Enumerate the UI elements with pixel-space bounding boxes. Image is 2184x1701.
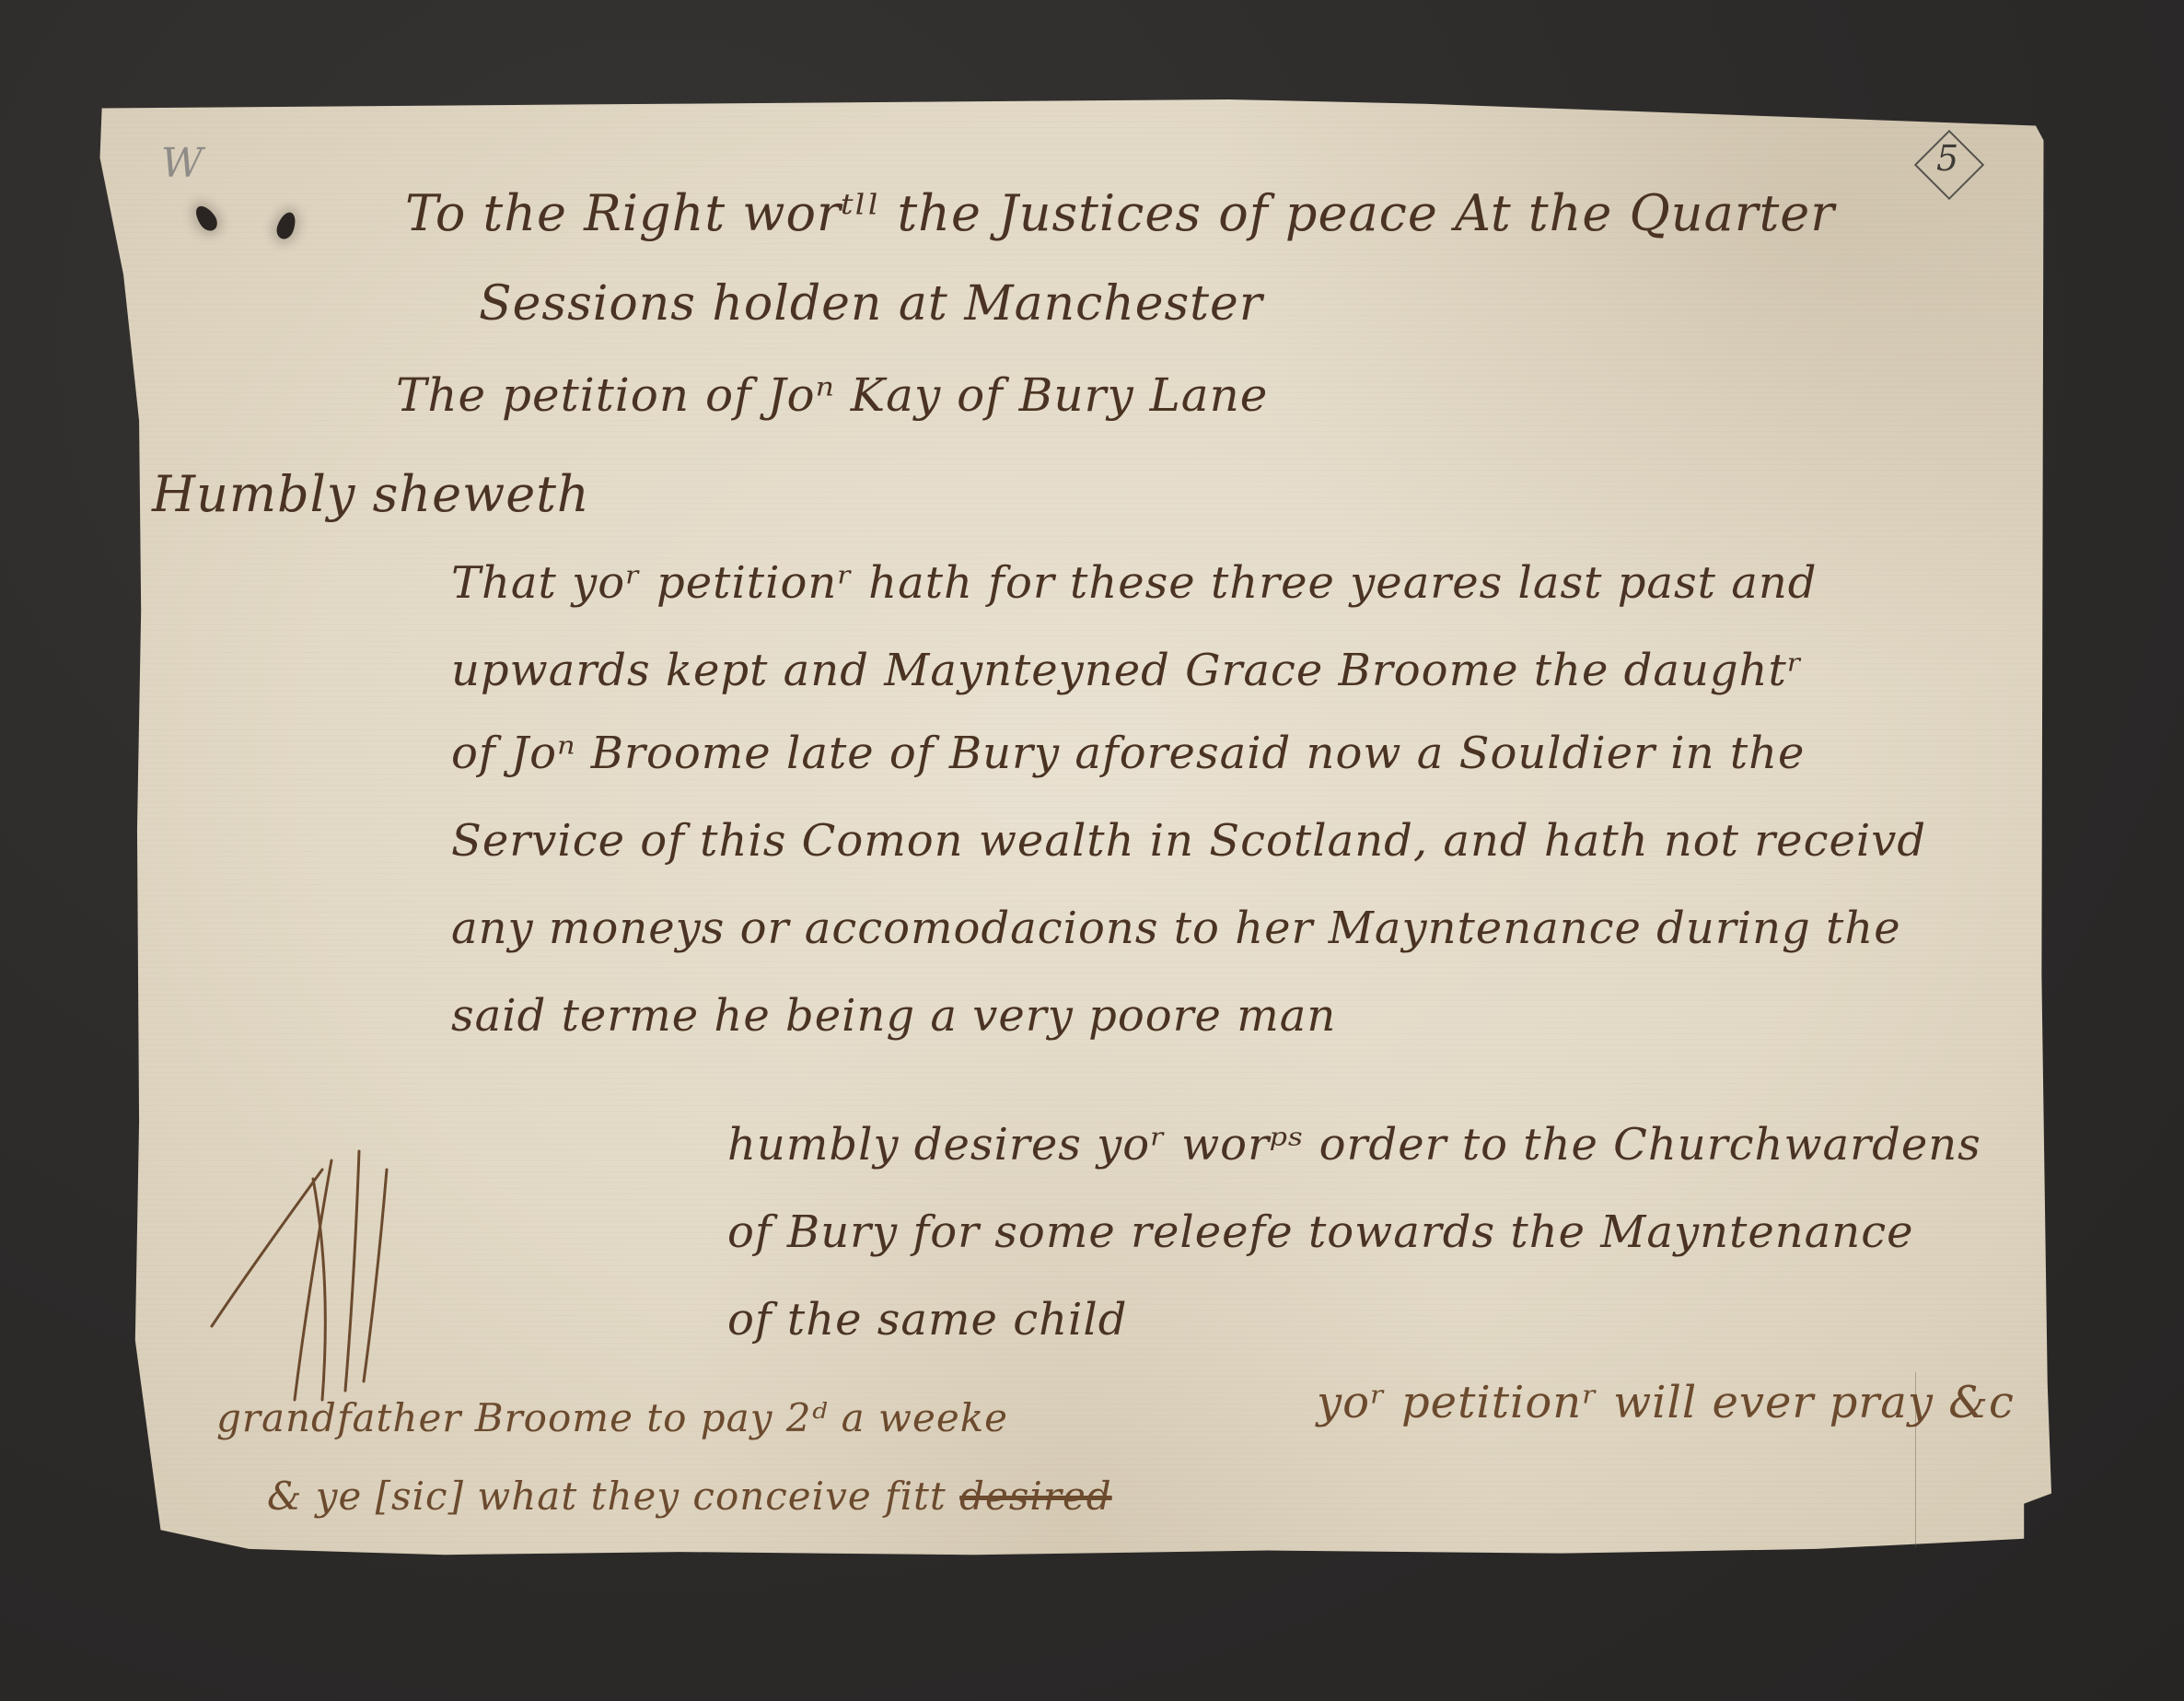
body-line-5: any moneys or accomodacions to her Maynt… xyxy=(451,903,1901,954)
address-line-3: The petition of Joⁿ Kay of Bury Lane xyxy=(396,368,1268,422)
prayer-line-2: of Bury for some releefe towards the May… xyxy=(727,1206,1914,1258)
folio-number: 5 xyxy=(1936,138,1958,179)
address-line-1: To the Right worᵗˡˡ the Justices of peac… xyxy=(405,184,1835,242)
marginal-signature-flourish-icon xyxy=(193,1142,433,1418)
prayer-line-3: of the same child xyxy=(727,1294,1127,1346)
body-line-3: of Joⁿ Broome late of Bury aforesaid now… xyxy=(451,728,1805,779)
struck-word: desired xyxy=(959,1474,1112,1519)
prayer-line-4: yoʳ petitionʳ will ever pray &c xyxy=(1317,1377,2015,1428)
prayer-line-1: humbly desires yoʳ worᵖˢ order to the Ch… xyxy=(727,1119,1981,1171)
annotation-line-2: & ye [sic] what they conceive fitt desir… xyxy=(267,1474,1112,1519)
body-line-1: That yoʳ petitionʳ hath for these three … xyxy=(451,557,1817,609)
body-line-6: said terme he being a very poore man xyxy=(451,990,1336,1042)
annotation-text: & ye [sic] what they conceive fitt xyxy=(267,1474,947,1519)
salutation: Humbly sheweth xyxy=(152,465,590,523)
address-line-2: Sessions holden at Manchester xyxy=(479,276,1263,332)
body-line-4: Service of this Comon wealth in Scotland… xyxy=(451,815,1926,867)
pencil-archive-mark: W xyxy=(161,140,203,187)
body-line-2: upwards kept and Maynteyned Grace Broome… xyxy=(451,645,1803,696)
